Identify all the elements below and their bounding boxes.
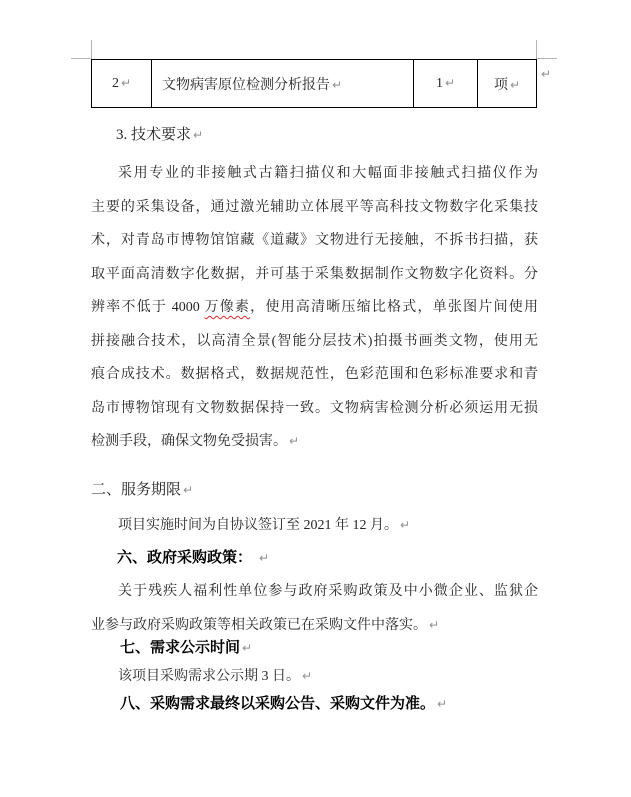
paragraph-mark-icon: ↵ — [429, 618, 439, 632]
paragraph-line: 痕合成技术。数据格式，数据规范性，色彩范围和色彩标准要求和青 — [91, 358, 538, 392]
paragraph-mark-icon: ↵ — [193, 128, 203, 142]
service-period-heading: 二、服务期限↵ — [91, 480, 193, 500]
paragraph-line: 检测手段，确保文物免受损害。↵ — [91, 425, 538, 459]
unit-text: 项 — [494, 78, 508, 93]
publicity-period-body: 该项目采购需求公示期 3 日。↵ — [118, 666, 312, 687]
paragraph-mark-icon: ↵ — [400, 518, 410, 532]
paragraph-mark-icon: ↵ — [289, 434, 299, 448]
row-end-paragraph-mark-icon: ↵ — [541, 67, 551, 81]
crop-mark-top-right-vertical — [536, 40, 537, 59]
crop-mark-top-left-vertical — [91, 40, 92, 59]
final-note-heading-text: 八、采购需求最终以采购公告、采购文件为准。 — [120, 695, 435, 712]
paragraph-mark-icon: ↵ — [332, 78, 342, 92]
tech-requirements-paragraph: 采用专业的非接触式古籍扫描仪和大幅面非接触式扫描仪作为 主要的采集设备，通过激光… — [91, 157, 538, 459]
final-note-heading: 八、采购需求最终以采购公告、采购文件为准。↵ — [120, 694, 447, 714]
table-row: 2↵ 文物病害原位检测分析报告↵ 1↵ 项↵ — [92, 60, 537, 108]
tech-requirements-heading: 3. 技术要求↵ — [116, 125, 203, 145]
paragraph-mark-icon: ↵ — [445, 76, 455, 90]
quantity-text: 1 — [436, 76, 443, 91]
cell-item-name: 文物病害原位检测分析报告↵ — [152, 60, 414, 108]
paragraph-line: 采用专业的非接触式古籍扫描仪和大幅面非接触式扫描仪作为 — [91, 157, 538, 191]
procurement-policy-heading: 六、政府采购政策：↵ — [117, 548, 269, 568]
paragraph-mark-icon: ↵ — [259, 551, 269, 565]
paragraph-line-segment: 业参与政府采购政策等相关政策已在采购文件中落实。 — [91, 618, 427, 633]
paragraph-line: 辨率不低于 4000 万像素，使用高清晰压缩比格式，单张图片间使用 — [91, 291, 538, 325]
crop-mark-top-right-horizontal — [537, 58, 557, 59]
paragraph-line-segment: ，使用高清晰压缩比格式，单张图片间使用 — [250, 300, 538, 315]
crop-mark-top-left-horizontal — [71, 58, 91, 59]
paragraph-line: 业参与政府采购政策等相关政策已在采购文件中落实。↵ — [91, 609, 538, 643]
tech-requirements-heading-text: 3. 技术要求 — [116, 127, 191, 143]
item-name-text: 文物病害原位检测分析报告 — [162, 78, 330, 93]
publicity-period-body-text: 该项目采购需求公示期 3 日。 — [118, 669, 300, 684]
items-table: 2↵ 文物病害原位检测分析报告↵ 1↵ 项↵ — [91, 59, 537, 108]
cell-unit: 项↵ — [478, 60, 537, 108]
paragraph-mark-icon: ↵ — [242, 641, 252, 655]
paragraph-line: 主要的采集设备，通过激光辅助立体展平等高科技文物数字化采集技 — [91, 191, 538, 225]
cell-quantity: 1↵ — [414, 60, 478, 108]
row-number-text: 2 — [112, 76, 119, 91]
document-page: 2↵ 文物病害原位检测分析报告↵ 1↵ 项↵ ↵ 3. 技术要求↵ 采用专业的非… — [0, 0, 631, 797]
paragraph-mark-icon: ↵ — [183, 483, 193, 497]
paragraph-mark-icon: ↵ — [437, 697, 447, 711]
procurement-policy-heading-text: 六、政府采购政策： — [117, 549, 252, 566]
procurement-policy-paragraph: 关于残疾人福利性单位参与政府采购政策及中小微企业、监狱企 业参与政府采购政策等相… — [91, 576, 538, 642]
publicity-period-heading-text: 七、需求公示时间 — [120, 639, 240, 656]
paragraph-mark-icon: ↵ — [121, 76, 131, 90]
paragraph-line: 岛市博物馆现有文物数据保持一致。文物病害检测分析必须运用无损 — [91, 392, 538, 426]
cell-row-number: 2↵ — [92, 60, 152, 108]
paragraph-line: 拼接融合技术，以高清全景(智能分层技术)拍摄书画类文物，使用无 — [91, 325, 538, 359]
paragraph-line-segment: 检测手段，确保文物免受损害。 — [91, 434, 287, 449]
service-period-heading-text: 二、服务期限 — [91, 482, 181, 498]
spellcheck-flagged-text: 万像素 — [205, 300, 251, 315]
service-period-body: 项目实施时间为自协议签订至 2021 年 12 月。↵ — [118, 515, 410, 536]
service-period-body-text: 项目实施时间为自协议签订至 2021 年 12 月。 — [118, 518, 398, 533]
paragraph-line-segment: 辨率不低于 4000 — [91, 300, 205, 315]
paragraph-line: 术，对青岛市博物馆馆藏《道藏》文物进行无接触，不拆书扫描，获 — [91, 224, 538, 258]
paragraph-mark-icon: ↵ — [302, 669, 312, 683]
publicity-period-heading: 七、需求公示时间↵ — [120, 638, 252, 658]
paragraph-line: 取平面高清数字化数据，并可基于采集数据制作文物数字化资料。分 — [91, 258, 538, 292]
paragraph-line: 关于残疾人福利性单位参与政府采购政策及中小微企业、监狱企 — [91, 576, 538, 609]
paragraph-mark-icon: ↵ — [510, 78, 520, 92]
